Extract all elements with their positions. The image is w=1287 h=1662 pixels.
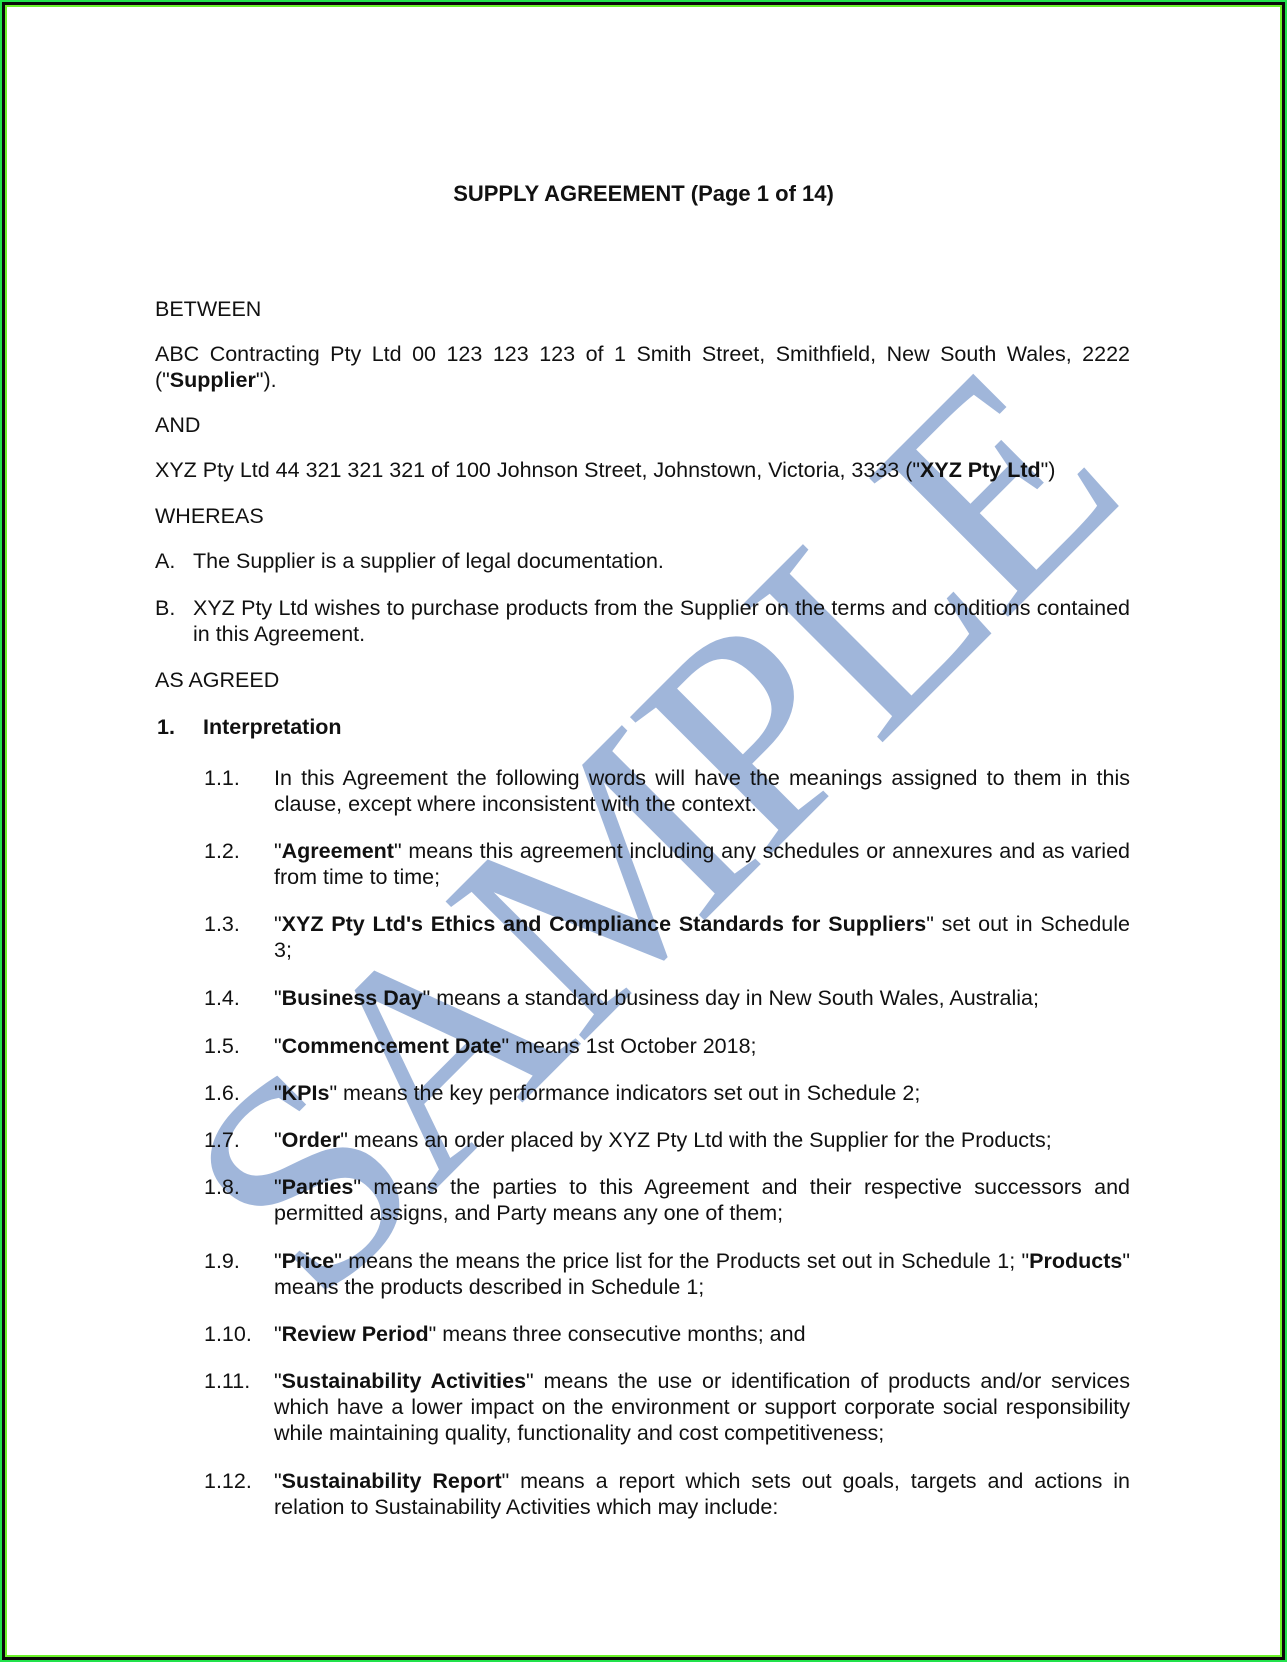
definition-1-1: 1.1. In this Agreement the following wor… <box>204 765 1130 817</box>
definition-1-8: 1.8. "Parties" means the parties to this… <box>204 1174 1130 1226</box>
section-heading: 1. Interpretation <box>157 714 342 740</box>
clause-text: "Commencement Date" means 1st October 20… <box>274 1033 1130 1059</box>
definition-1-10: 1.10. "Review Period" means three consec… <box>204 1321 1130 1347</box>
recital-text: XYZ Pty Ltd wishes to purchase products … <box>193 595 1130 647</box>
party-buyer-text: XYZ Pty Ltd 44 321 321 321 of 100 Johnso… <box>155 458 920 482</box>
party-supplier-defined: Supplier <box>170 368 256 392</box>
clause-number: 1.10. <box>204 1321 274 1347</box>
clause-number: 1.5. <box>204 1033 274 1059</box>
clause-number: 1.8. <box>204 1174 274 1226</box>
recital-b: B. XYZ Pty Ltd wishes to purchase produc… <box>155 595 1130 647</box>
defined-term: Commencement Date <box>282 1034 502 1058</box>
document-content: SUPPLY AGREEMENT (Page 1 of 14) BETWEEN … <box>7 7 1280 1655</box>
clause-number: 1.12. <box>204 1468 274 1520</box>
definition-1-3: 1.3. "XYZ Pty Ltd's Ethics and Complianc… <box>204 911 1130 963</box>
definition-1-9: 1.9. "Price" means the means the price l… <box>204 1248 1130 1300</box>
definition-1-11: 1.11. "Sustainability Activities" means … <box>204 1368 1130 1446</box>
clause-number: 1.7. <box>204 1127 274 1153</box>
party-supplier-suffix: "). <box>256 368 277 392</box>
defined-term: KPIs <box>282 1081 330 1105</box>
section-number: 1. <box>157 714 203 740</box>
clause-text: "Sustainability Report" means a report w… <box>274 1468 1130 1520</box>
definition-1-12: 1.12. "Sustainability Report" means a re… <box>204 1468 1130 1520</box>
definition-1-2: 1.2. "Agreement" means this agreement in… <box>204 838 1130 890</box>
party-supplier: ABC Contracting Pty Ltd 00 123 123 123 o… <box>155 341 1130 393</box>
clause-number: 1.1. <box>204 765 274 817</box>
party-buyer-defined: XYZ Pty Ltd <box>920 458 1041 482</box>
clause-text: "Agreement" means this agreement includi… <box>274 838 1130 890</box>
defined-term: Price <box>282 1249 335 1273</box>
definition-1-7: 1.7. "Order" means an order placed by XY… <box>204 1127 1130 1153</box>
defined-term: XYZ Pty Ltd's Ethics and Compliance Stan… <box>282 912 927 936</box>
clause-text: In this Agreement the following words wi… <box>274 765 1130 817</box>
as-agreed-label: AS AGREED <box>155 667 1130 693</box>
defined-term: Agreement <box>282 839 394 863</box>
defined-term: Sustainability Report <box>282 1469 502 1493</box>
defined-term: Products <box>1029 1249 1122 1273</box>
clause-number: 1.4. <box>204 985 274 1011</box>
recital-text: The Supplier is a supplier of legal docu… <box>193 548 1130 574</box>
recital-label: A. <box>155 548 193 574</box>
clause-text: "Sustainability Activities" means the us… <box>274 1368 1130 1446</box>
section-title: Interpretation <box>203 714 342 740</box>
defined-term: Parties <box>282 1175 354 1199</box>
clause-number: 1.2. <box>204 838 274 890</box>
clause-text: "Order" means an order placed by XYZ Pty… <box>274 1127 1130 1153</box>
recital-a: A. The Supplier is a supplier of legal d… <box>155 548 1130 574</box>
party-supplier-text: ABC Contracting Pty Ltd 00 123 123 123 o… <box>155 342 1130 392</box>
recital-label: B. <box>155 595 193 647</box>
party-buyer: XYZ Pty Ltd 44 321 321 321 of 100 Johnso… <box>155 457 1155 483</box>
definition-1-4: 1.4. "Business Day" means a standard bus… <box>204 985 1130 1011</box>
document-page: SAMPLE SUPPLY AGREEMENT (Page 1 of 14) B… <box>7 7 1280 1655</box>
defined-term: Sustainability Activities <box>282 1369 526 1393</box>
clause-text: "Parties" means the parties to this Agre… <box>274 1174 1130 1226</box>
whereas-label: WHEREAS <box>155 503 1130 529</box>
clause-text: "Price" means the means the price list f… <box>274 1248 1130 1300</box>
clause-number: 1.3. <box>204 911 274 963</box>
definition-1-5: 1.5. "Commencement Date" means 1st Octob… <box>204 1033 1130 1059</box>
clause-text: "Review Period" means three consecutive … <box>274 1321 1130 1347</box>
and-label: AND <box>155 412 1130 438</box>
clause-text: "KPIs" means the key performance indicat… <box>274 1080 1130 1106</box>
clause-text: "XYZ Pty Ltd's Ethics and Compliance Sta… <box>274 911 1130 963</box>
definition-1-6: 1.6. "KPIs" means the key performance in… <box>204 1080 1130 1106</box>
between-label: BETWEEN <box>155 296 1130 322</box>
defined-term: Review Period <box>282 1322 429 1346</box>
clause-number: 1.6. <box>204 1080 274 1106</box>
defined-term: Order <box>282 1128 341 1152</box>
clause-number: 1.11. <box>204 1368 274 1446</box>
clause-text: "Business Day" means a standard business… <box>274 985 1130 1011</box>
clause-number: 1.9. <box>204 1248 274 1300</box>
party-buyer-suffix: ") <box>1041 458 1056 482</box>
defined-term: Business Day <box>282 986 423 1010</box>
document-title: SUPPLY AGREEMENT (Page 1 of 14) <box>7 181 1280 207</box>
